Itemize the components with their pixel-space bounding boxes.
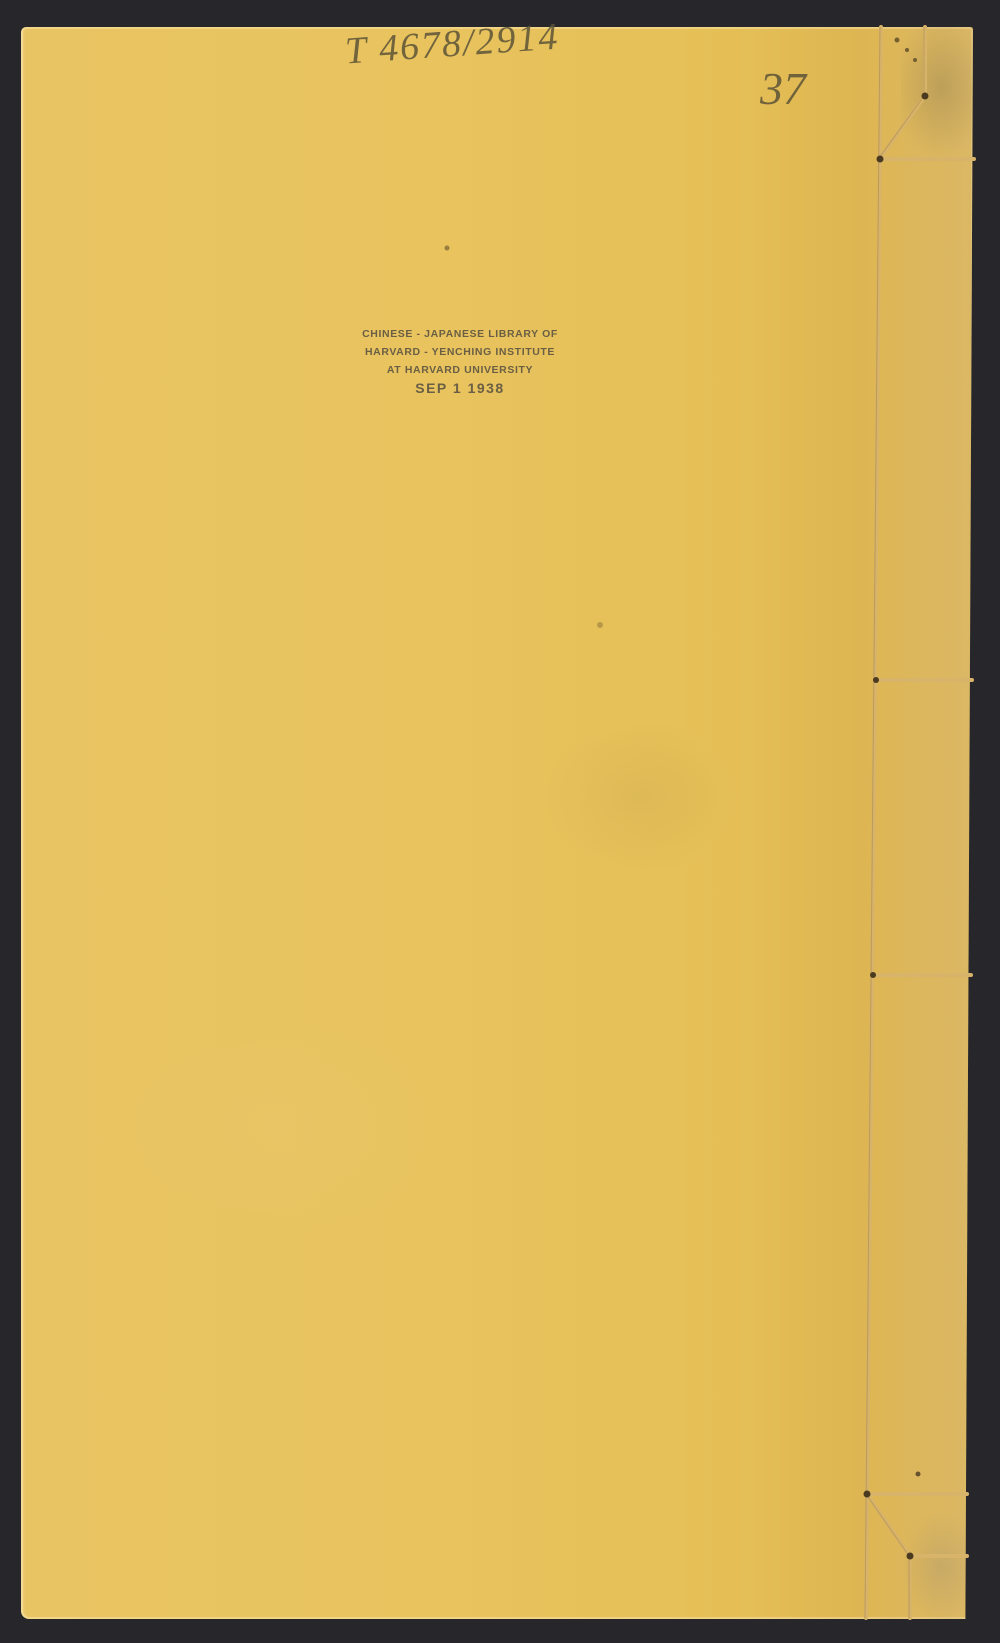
stamp-line-1: CHINESE - JAPANESE LIBRARY OF	[330, 325, 590, 343]
handwritten-page-number: 37	[760, 62, 806, 115]
spine-stain	[891, 1507, 971, 1619]
spine-flap	[879, 27, 973, 1619]
library-stamp: CHINESE - JAPANESE LIBRARY OF HARVARD - …	[330, 325, 590, 397]
document-scan: T 4678/2914 37 CHINESE - JAPANESE LIBRAR…	[0, 0, 1000, 1643]
spine-stain	[901, 27, 973, 177]
book-cover	[21, 27, 973, 1619]
stamp-line-2: HARVARD - YENCHING INSTITUTE	[330, 343, 590, 361]
stamp-line-3: AT HARVARD UNIVERSITY	[330, 361, 590, 379]
stamp-date: SEP 1 1938	[330, 379, 590, 397]
